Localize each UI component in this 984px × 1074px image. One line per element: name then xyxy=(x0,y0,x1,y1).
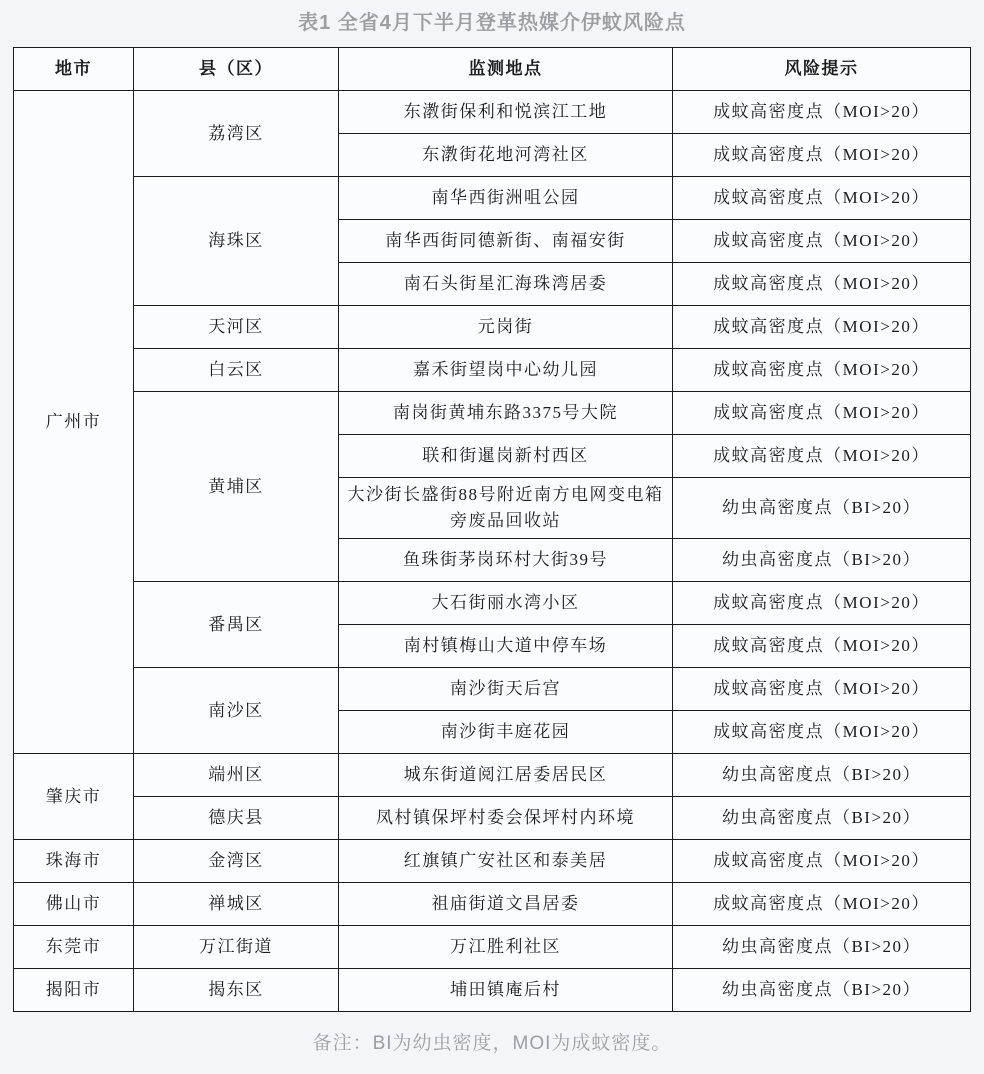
city-cell: 佛山市 xyxy=(14,883,134,926)
table-row: 海珠区南华西街洲咀公园成蚊高密度点（MOI>20） xyxy=(14,177,971,220)
city-cell: 广州市 xyxy=(14,91,134,754)
col-header-risk: 风险提示 xyxy=(673,48,971,91)
site-cell: 大石街丽水湾小区 xyxy=(339,582,673,625)
city-cell: 揭阳市 xyxy=(14,969,134,1012)
city-cell: 珠海市 xyxy=(14,840,134,883)
site-cell: 城东街道阅江居委居民区 xyxy=(339,754,673,797)
site-cell: 南石头街星汇海珠湾居委 xyxy=(339,263,673,306)
site-cell: 南沙街天后宫 xyxy=(339,668,673,711)
risk-cell: 成蚊高密度点（MOI>20） xyxy=(673,263,971,306)
table-row: 揭阳市揭东区埔田镇庵后村幼虫高密度点（BI>20） xyxy=(14,969,971,1012)
city-cell: 东莞市 xyxy=(14,926,134,969)
risk-cell: 成蚊高密度点（MOI>20） xyxy=(673,711,971,754)
site-cell: 元岗街 xyxy=(339,306,673,349)
site-cell: 南岗街黄埔东路3375号大院 xyxy=(339,392,673,435)
risk-cell: 成蚊高密度点（MOI>20） xyxy=(673,883,971,926)
table-row: 白云区嘉禾街望岗中心幼儿园成蚊高密度点（MOI>20） xyxy=(14,349,971,392)
site-cell: 联和街暹岗新村西区 xyxy=(339,435,673,478)
risk-cell: 成蚊高密度点（MOI>20） xyxy=(673,134,971,177)
district-cell: 金湾区 xyxy=(134,840,339,883)
risk-cell: 幼虫高密度点（BI>20） xyxy=(673,478,971,539)
risk-table-header: 地市 县（区） 监测地点 风险提示 xyxy=(14,48,971,91)
site-cell: 嘉禾街望岗中心幼儿园 xyxy=(339,349,673,392)
risk-cell: 成蚊高密度点（MOI>20） xyxy=(673,840,971,883)
district-cell: 天河区 xyxy=(134,306,339,349)
risk-cell: 成蚊高密度点（MOI>20） xyxy=(673,392,971,435)
site-cell: 大沙街长盛街88号附近南方电网变电箱旁废品回收站 xyxy=(339,478,673,539)
district-cell: 南沙区 xyxy=(134,668,339,754)
district-cell: 黄埔区 xyxy=(134,392,339,582)
district-cell: 白云区 xyxy=(134,349,339,392)
site-cell: 凤村镇保坪村委会保坪村内环境 xyxy=(339,797,673,840)
risk-cell: 成蚊高密度点（MOI>20） xyxy=(673,349,971,392)
site-cell: 祖庙街道文昌居委 xyxy=(339,883,673,926)
district-cell: 万江街道 xyxy=(134,926,339,969)
site-cell: 万江胜利社区 xyxy=(339,926,673,969)
risk-cell: 幼虫高密度点（BI>20） xyxy=(673,539,971,582)
table-row: 天河区元岗街成蚊高密度点（MOI>20） xyxy=(14,306,971,349)
district-cell: 德庆县 xyxy=(134,797,339,840)
risk-cell: 成蚊高密度点（MOI>20） xyxy=(673,177,971,220)
site-cell: 南沙街丰庭花园 xyxy=(339,711,673,754)
risk-cell: 幼虫高密度点（BI>20） xyxy=(673,797,971,840)
table-row: 肇庆市端州区城东街道阅江居委居民区幼虫高密度点（BI>20） xyxy=(14,754,971,797)
site-cell: 东漖街花地河湾社区 xyxy=(339,134,673,177)
district-cell: 端州区 xyxy=(134,754,339,797)
table-row: 德庆县凤村镇保坪村委会保坪村内环境幼虫高密度点（BI>20） xyxy=(14,797,971,840)
risk-cell: 成蚊高密度点（MOI>20） xyxy=(673,582,971,625)
risk-cell: 成蚊高密度点（MOI>20） xyxy=(673,91,971,134)
risk-cell: 幼虫高密度点（BI>20） xyxy=(673,754,971,797)
district-cell: 番禺区 xyxy=(134,582,339,668)
table-row: 黄埔区南岗街黄埔东路3375号大院成蚊高密度点（MOI>20） xyxy=(14,392,971,435)
table-title: 表1 全省4月下半月登革热媒介伊蚊风险点 xyxy=(0,0,984,37)
site-cell: 埔田镇庵后村 xyxy=(339,969,673,1012)
table-row: 东莞市万江街道万江胜利社区幼虫高密度点（BI>20） xyxy=(14,926,971,969)
col-header-district: 县（区） xyxy=(134,48,339,91)
site-cell: 东漖街保利和悦滨江工地 xyxy=(339,91,673,134)
risk-table-body: 广州市荔湾区东漖街保利和悦滨江工地成蚊高密度点（MOI>20）东漖街花地河湾社区… xyxy=(14,91,971,1012)
table-row: 佛山市禅城区祖庙街道文昌居委成蚊高密度点（MOI>20） xyxy=(14,883,971,926)
district-cell: 揭东区 xyxy=(134,969,339,1012)
risk-cell: 成蚊高密度点（MOI>20） xyxy=(673,220,971,263)
risk-cell: 成蚊高密度点（MOI>20） xyxy=(673,306,971,349)
risk-cell: 成蚊高密度点（MOI>20） xyxy=(673,625,971,668)
district-cell: 荔湾区 xyxy=(134,91,339,177)
risk-cell: 幼虫高密度点（BI>20） xyxy=(673,926,971,969)
table-row: 南沙区南沙街天后宫成蚊高密度点（MOI>20） xyxy=(14,668,971,711)
col-header-site: 监测地点 xyxy=(339,48,673,91)
site-cell: 南华西街同德新街、南福安街 xyxy=(339,220,673,263)
header-row: 地市 县（区） 监测地点 风险提示 xyxy=(14,48,971,91)
district-cell: 禅城区 xyxy=(134,883,339,926)
site-cell: 南村镇梅山大道中停车场 xyxy=(339,625,673,668)
risk-table: 地市 县（区） 监测地点 风险提示 广州市荔湾区东漖街保利和悦滨江工地成蚊高密度… xyxy=(13,47,971,1012)
site-cell: 红旗镇广安社区和泰美居 xyxy=(339,840,673,883)
risk-cell: 成蚊高密度点（MOI>20） xyxy=(673,668,971,711)
district-cell: 海珠区 xyxy=(134,177,339,306)
col-header-city: 地市 xyxy=(14,48,134,91)
site-cell: 鱼珠街茅岗环村大街39号 xyxy=(339,539,673,582)
city-cell: 肇庆市 xyxy=(14,754,134,840)
site-cell: 南华西街洲咀公园 xyxy=(339,177,673,220)
document-page: 表1 全省4月下半月登革热媒介伊蚊风险点 地市 县（区） 监测地点 风险提示 广… xyxy=(0,0,984,1074)
table-row: 番禺区大石街丽水湾小区成蚊高密度点（MOI>20） xyxy=(14,582,971,625)
table-row: 广州市荔湾区东漖街保利和悦滨江工地成蚊高密度点（MOI>20） xyxy=(14,91,971,134)
table-row: 珠海市金湾区红旗镇广安社区和泰美居成蚊高密度点（MOI>20） xyxy=(14,840,971,883)
footer-note: 备注：BI为幼虫密度，MOI为成蚊密度。 xyxy=(0,1028,984,1055)
risk-cell: 幼虫高密度点（BI>20） xyxy=(673,969,971,1012)
risk-cell: 成蚊高密度点（MOI>20） xyxy=(673,435,971,478)
